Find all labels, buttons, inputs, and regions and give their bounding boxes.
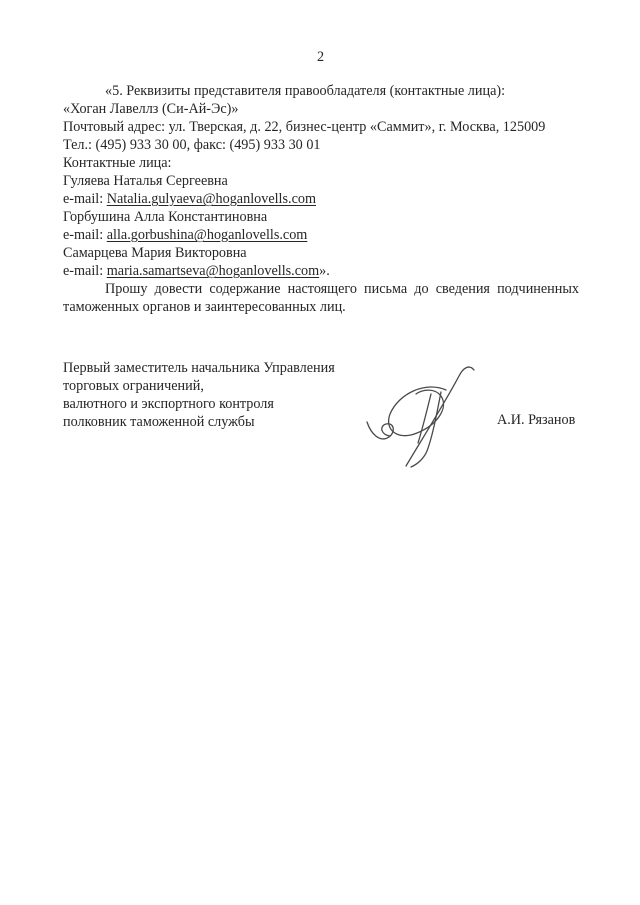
quote-line-phone-fax: Тел.: (495) 933 30 00, факс: (495) 933 3… xyxy=(63,136,579,154)
contact-email-line: e-mail: maria.samartseva@hoganlovells.co… xyxy=(63,262,579,280)
handwritten-signature xyxy=(356,354,486,469)
contact-email-line: e-mail: Natalia.gulyaeva@hoganlovells.co… xyxy=(63,190,579,208)
contact-email: Natalia.gulyaeva@hoganlovells.com xyxy=(107,191,316,207)
contact-name: Гуляева Наталья Сергеевна xyxy=(63,172,579,190)
signatory-title-line: полковник таможенной службы xyxy=(63,413,393,431)
page-number: 2 xyxy=(62,48,579,66)
quote-line-postal-address: Почтовый адрес: ул. Тверская, д. 22, биз… xyxy=(63,118,579,136)
signature-block-titles: Первый заместитель начальника Управления… xyxy=(63,359,393,431)
signatory-name: А.И. Рязанов xyxy=(497,411,575,429)
contact-name: Самарцева Мария Викторовна xyxy=(63,244,579,262)
email-label: e-mail: xyxy=(63,191,107,207)
quote-line-company: «Хоган Лавеллз (Си-Ай-Эс)» xyxy=(63,100,579,118)
signatory-title-line: торговых ограничений, xyxy=(63,377,393,395)
email-label: e-mail: xyxy=(63,227,107,243)
contact-email-line: e-mail: alla.gorbushina@hoganlovells.com xyxy=(63,226,579,244)
letter-page: 2 «5. Реквизиты представителя правооблад… xyxy=(0,0,640,905)
letter-body: «5. Реквизиты представителя правообладат… xyxy=(63,82,579,316)
closing-paragraph-line: Прошу довести содержание настоящего пись… xyxy=(63,280,579,298)
closing-paragraph-line: таможенных органов и заинтересованных ли… xyxy=(63,298,579,316)
signatory-title-line: валютного и экспортного контроля xyxy=(63,395,393,413)
contact-email: alla.gorbushina@hoganlovells.com xyxy=(107,227,308,243)
contact-name: Горбушина Алла Константиновна xyxy=(63,208,579,226)
signatory-title-line: Первый заместитель начальника Управления xyxy=(63,359,393,377)
quote-line-contacts-heading: Контактные лица: xyxy=(63,154,579,172)
quote-line-requisites: «5. Реквизиты представителя правообладат… xyxy=(63,82,579,100)
email-label: e-mail: xyxy=(63,263,107,279)
contact-email-suffix: ». xyxy=(319,263,330,279)
handwritten-signature-icon xyxy=(356,354,486,469)
contact-email: maria.samartseva@hoganlovells.com xyxy=(107,263,319,279)
